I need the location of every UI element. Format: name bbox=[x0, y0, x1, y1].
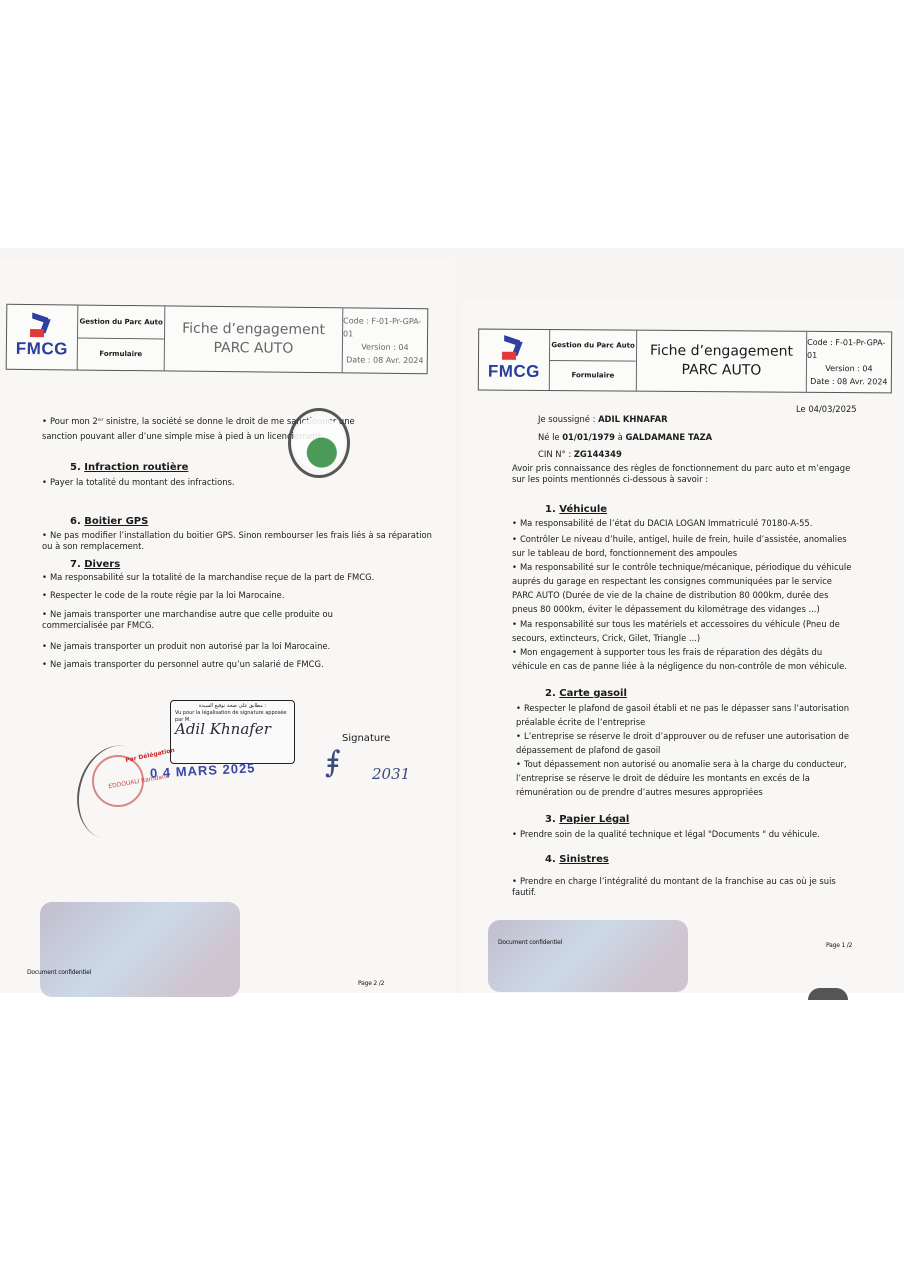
document-title: Fiche d’engagement PARC AUTO bbox=[637, 331, 807, 392]
undersigned-line: Je soussigné : ADIL KHNAFAR bbox=[538, 414, 668, 425]
handwritten-name: Adil Khnafer bbox=[175, 726, 290, 733]
footer-confidential: Document confidentiel bbox=[27, 969, 91, 976]
doc-type-label: Formulaire bbox=[550, 361, 636, 391]
redacted-area bbox=[40, 902, 240, 997]
official-round-stamp bbox=[288, 408, 350, 478]
list-item: Ma responsabilité de l’état du DACIA LOG… bbox=[512, 518, 852, 529]
page-number: Page 2 /2 bbox=[358, 980, 384, 987]
signature-note: 2031 bbox=[372, 765, 410, 783]
section-heading: 5. Infraction routière bbox=[70, 462, 188, 473]
company-logo: FMCG bbox=[479, 330, 550, 390]
logo-text: FMCG bbox=[488, 362, 540, 382]
list-item: Respecter le plafond de gasoil établi et… bbox=[516, 701, 850, 729]
page-number: Page 1 /2 bbox=[826, 942, 852, 949]
list-item: Ma responsabilité sur le contrôle techni… bbox=[512, 560, 852, 616]
doc-version: Version : 04 bbox=[825, 362, 872, 375]
section-heading: 2. Carte gasoil bbox=[545, 688, 627, 699]
section-heading: 4. Sinistres bbox=[545, 854, 609, 865]
doc-date: Date : 08 Avr. 2024 bbox=[346, 353, 424, 367]
signature-mark: ⨎ bbox=[325, 745, 341, 780]
document-date: Le 04/03/2025 bbox=[796, 404, 857, 415]
birth-line: Né le 01/01/1979 à GALDAMANE TAZA bbox=[538, 432, 712, 443]
title-line-1: Fiche d’engagement bbox=[182, 320, 325, 340]
page-1-header: FMCG Gestion du Parc Auto Formulaire Fic… bbox=[478, 329, 892, 394]
doc-version: Version : 04 bbox=[361, 341, 409, 354]
section-heading: 7. Divers bbox=[70, 559, 120, 570]
section-heading: 1. Véhicule bbox=[545, 504, 607, 515]
doc-date: Date : 08 Avr. 2024 bbox=[810, 375, 887, 389]
list-item: Ne jamais transporter un produit non aut… bbox=[42, 641, 432, 652]
document-meta: Code : F-01-Pr-GPA-01 Version : 04 Date … bbox=[807, 332, 891, 393]
list-item: Contrôler Le niveau d’huile, antigel, hu… bbox=[512, 532, 852, 560]
list-item: Ne jamais transporter du personnel autre… bbox=[42, 659, 432, 670]
list-item: Ma responsabilité sur tous les matériels… bbox=[512, 617, 852, 645]
list-item: Ma responsabilité sur la totalité de la … bbox=[42, 572, 432, 583]
legalization-stamp: مطابق على صحة توقيع السيدة : Vu pour la … bbox=[170, 700, 295, 764]
document-meta: Code : F-01-Pr-GPA-01 Version : 04 Date … bbox=[343, 308, 428, 373]
signature-label: Signature bbox=[342, 733, 390, 744]
doc-code: Code : F-01-Pr-GPA-01 bbox=[343, 314, 427, 341]
list-item: Mon engagement à supporter tous les frai… bbox=[512, 645, 852, 673]
document-title: Fiche d’engagement PARC AUTO bbox=[165, 306, 344, 372]
doc-type-label: Formulaire bbox=[78, 338, 164, 370]
department-label: Gestion du Parc Auto bbox=[550, 330, 636, 361]
list-item: Tout dépassement non autorisé ou anomali… bbox=[516, 757, 850, 799]
intro-paragraph: Avoir pris connaissance des règles de fo… bbox=[512, 463, 852, 485]
scan-artifact bbox=[808, 988, 848, 1000]
section-heading: 3. Papier Légal bbox=[545, 814, 629, 825]
title-line-2: PARC AUTO bbox=[213, 339, 293, 359]
department-label: Gestion du Parc Auto bbox=[78, 306, 164, 339]
cin-line: CIN N° : ZG144349 bbox=[538, 449, 622, 460]
list-item: Prendre en charge l’intégralité du monta… bbox=[512, 876, 852, 898]
title-line-2: PARC AUTO bbox=[681, 361, 761, 381]
list-item: L’entreprise se réserve le droit d’appro… bbox=[516, 729, 850, 757]
list-item: Respecter le code de la route régie par … bbox=[42, 590, 432, 601]
fmcg-logo-icon bbox=[500, 338, 528, 362]
cin-number: ZG144349 bbox=[574, 449, 622, 459]
redacted-area bbox=[488, 920, 688, 992]
employee-name: ADIL KHNAFAR bbox=[598, 414, 667, 424]
doc-code: Code : F-01-Pr-GPA-01 bbox=[807, 336, 891, 363]
list-item: Payer la totalité du montant des infract… bbox=[42, 477, 422, 488]
list-item: Ne pas modifier l’installation du boitie… bbox=[42, 530, 432, 552]
list-item: Prendre soin de la qualité technique et … bbox=[512, 829, 852, 840]
list-item: Ne jamais transporter une marchandise au… bbox=[42, 609, 392, 631]
fmcg-logo-icon bbox=[28, 315, 56, 339]
stamp-arabic-header: مطابق على صحة توقيع السيدة : bbox=[175, 703, 290, 710]
company-logo: FMCG bbox=[7, 305, 79, 370]
title-line-1: Fiche d’engagement bbox=[650, 342, 793, 362]
logo-text: FMCG bbox=[16, 339, 68, 360]
page-2-header: FMCG Gestion du Parc Auto Formulaire Fic… bbox=[6, 304, 429, 374]
section-heading: 6. Boitier GPS bbox=[70, 516, 148, 527]
footer-confidential: Document confidentiel bbox=[498, 939, 562, 946]
